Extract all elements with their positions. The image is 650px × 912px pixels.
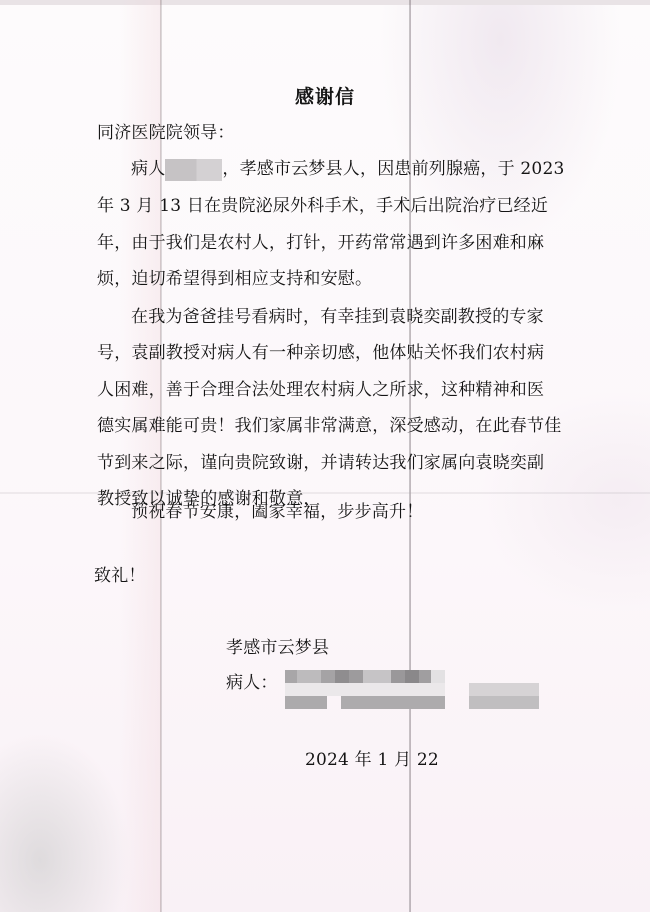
paragraph1-line1-text: ，孝感市云梦县人，因患前列腺癌，于 2023 xyxy=(222,159,564,179)
paragraph1-line2: 年 3 月 13 日在贵院泌尿外科手术，手术后出院治疗已经近 xyxy=(97,191,548,216)
paragraph3: 预祝春节安康，阖家幸福，步步高升！ xyxy=(131,497,423,522)
letter-date: 2024 年 1 月 22 xyxy=(305,745,439,770)
closing: 致礼！ xyxy=(94,561,146,586)
paragraph2-line1: 在我为爸爸挂号看病时，有幸挂到袁晓奕副教授的专家 xyxy=(131,302,544,327)
scan-top-edge xyxy=(0,0,650,5)
paragraph2-line5: 节到来之际，谨向贵院致谢，并请转达我们家属向袁晓奕副 xyxy=(97,448,544,473)
paragraph1-line1: 病人，孝感市云梦县人，因患前列腺癌，于 2023 xyxy=(131,154,564,181)
signature-location: 孝感市云梦县 xyxy=(226,633,329,658)
letter-title: 感谢信 xyxy=(0,82,650,109)
redacted-signature-name xyxy=(285,670,545,712)
scanned-letter-page: 感谢信 同济医院院领导： 病人，孝感市云梦县人，因患前列腺癌，于 2023 年 … xyxy=(0,0,650,912)
paragraph1-line4: 烦，迫切希望得到相应支持和安慰。 xyxy=(97,264,372,289)
paragraph1-line3: 年，由于我们是农村人，打针，开药常常遇到许多困难和麻 xyxy=(97,228,544,253)
paragraph2-line4: 德实属难能可贵！我们家属非常满意，深受感动，在此春节佳 xyxy=(97,411,561,436)
salutation: 同济医院院领导： xyxy=(97,118,235,143)
paragraph2-line2: 号，袁副教授对病人有一种亲切感，他体贴关怀我们农村病 xyxy=(97,338,544,363)
redacted-patient-name xyxy=(165,159,222,181)
paragraph2-line3: 人困难，善于合理合法处理农村病人之所求，这种精神和医 xyxy=(97,375,544,400)
signature-patient-label: 病人： xyxy=(226,668,278,693)
patient-label: 病人 xyxy=(131,159,165,179)
